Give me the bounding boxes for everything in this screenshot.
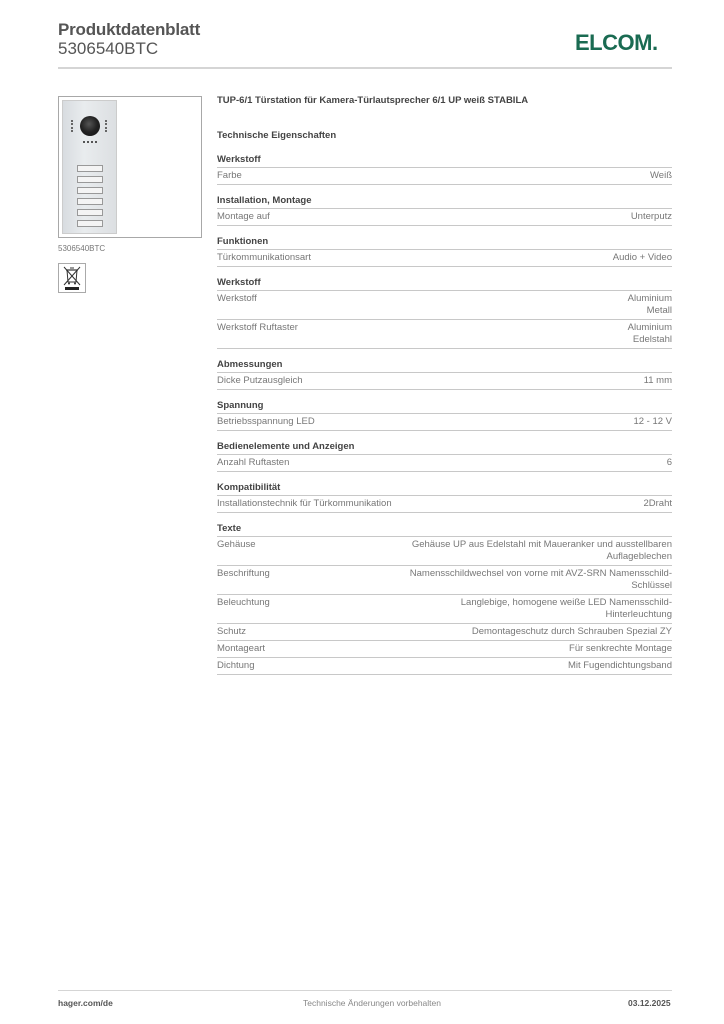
spec-row: BeschriftungNamensschildwechsel von vorn…	[217, 566, 672, 595]
spec-value: Unterputz	[631, 211, 672, 223]
spec-value: Mit Fugendichtungsband	[568, 660, 672, 672]
footer-date: 03.12.2025	[628, 998, 671, 1008]
document-title: Produktdatenblatt	[58, 20, 200, 40]
spec-row: TürkommunikationsartAudio + Video	[217, 250, 672, 267]
spec-group-title: Bedienelemente und Anzeigen	[217, 441, 672, 455]
call-button-icon	[77, 165, 103, 172]
spec-row: Montage aufUnterputz	[217, 209, 672, 226]
call-button-icon	[77, 209, 103, 216]
section-title: Technische Eigenschaften	[217, 130, 672, 154]
spec-group-title: Werkstoff	[217, 277, 672, 291]
spec-group-title: Abmessungen	[217, 359, 672, 373]
spec-row: MontageartFür senkrechte Montage	[217, 641, 672, 658]
spec-row: Dicke Putzausgleich11 mm	[217, 373, 672, 390]
call-button-icon	[77, 176, 103, 183]
spec-group-title: Kompatibilität	[217, 482, 672, 496]
footer-disclaimer: Technische Änderungen vorbehalten	[303, 998, 441, 1008]
spec-row: FarbeWeiß	[217, 168, 672, 185]
spec-group: FunktionenTürkommunikationsartAudio + Vi…	[217, 236, 672, 267]
spec-groups: WerkstoffFarbeWeißInstallation, MontageM…	[217, 154, 672, 675]
speaker-grille-icon	[105, 120, 113, 132]
spec-value: Namensschildwechsel von vorne mit AVZ-SR…	[410, 568, 672, 592]
article-number: 5306540BTC	[58, 39, 158, 59]
spec-group: TexteGehäuseGehäuse UP aus Edelstahl mit…	[217, 523, 672, 675]
spec-key: Dicke Putzausgleich	[217, 375, 303, 387]
spec-key: Montageart	[217, 643, 265, 655]
spec-group: Bedienelemente und AnzeigenAnzahl Ruftas…	[217, 441, 672, 472]
spec-group: AbmessungenDicke Putzausgleich11 mm	[217, 359, 672, 390]
spec-group-title: Installation, Montage	[217, 195, 672, 209]
product-image	[58, 96, 202, 238]
spec-group-title: Spannung	[217, 400, 672, 414]
spec-content: TUP-6/1 Türstation für Kamera-Türlautspr…	[217, 95, 672, 685]
spec-key: Dichtung	[217, 660, 255, 672]
spec-value: 6	[667, 457, 672, 469]
spec-value: Aluminium Metall	[628, 293, 672, 317]
spec-key: Montage auf	[217, 211, 270, 223]
spec-row: Betriebsspannung LED12 - 12 V	[217, 414, 672, 431]
spec-value: 12 - 12 V	[633, 416, 672, 428]
spec-value: 11 mm	[644, 375, 672, 387]
spec-row: Anzahl Ruftasten6	[217, 455, 672, 472]
spec-row: SchutzDemontageschutz durch Schrauben Sp…	[217, 624, 672, 641]
spec-value: Aluminium Edelstahl	[628, 322, 672, 346]
microphone-grille-icon	[83, 141, 97, 146]
product-title: TUP-6/1 Türstation für Kamera-Türlautspr…	[217, 95, 672, 113]
spec-row: DichtungMit Fugendichtungsband	[217, 658, 672, 675]
door-station-panel	[62, 100, 117, 234]
spec-key: Schutz	[217, 626, 246, 638]
spec-row: WerkstoffAluminium Metall	[217, 291, 672, 320]
call-button-icon	[77, 220, 103, 227]
camera-lens-icon	[80, 116, 100, 136]
spec-value: Demontageschutz durch Schrauben Spezial …	[472, 626, 672, 638]
footer-website-link[interactable]: hager.com/de	[58, 998, 113, 1008]
spec-key: Anzahl Ruftasten	[217, 457, 289, 469]
spec-key: Türkommunikationsart	[217, 252, 311, 264]
spec-key: Beschriftung	[217, 568, 270, 592]
spec-value: 2Draht	[643, 498, 672, 510]
spec-value: Gehäuse UP aus Edelstahl mit Maueranker …	[412, 539, 672, 563]
spec-group: Installation, MontageMontage aufUnterput…	[217, 195, 672, 226]
spec-row: BeleuchtungLanglebige, homogene weiße LE…	[217, 595, 672, 624]
call-button-icon	[77, 187, 103, 194]
image-caption: 5306540BTC	[58, 244, 105, 253]
spec-key: Werkstoff	[217, 293, 257, 317]
spec-value: Audio + Video	[613, 252, 672, 264]
spec-value: Für senkrechte Montage	[569, 643, 672, 655]
spec-group: WerkstoffFarbeWeiß	[217, 154, 672, 185]
spec-group: WerkstoffWerkstoffAluminium MetallWerkst…	[217, 277, 672, 349]
spec-key: Farbe	[217, 170, 242, 182]
spec-group-title: Texte	[217, 523, 672, 537]
spec-row: GehäuseGehäuse UP aus Edelstahl mit Maue…	[217, 537, 672, 566]
header-divider	[58, 67, 672, 69]
spec-key: Beleuchtung	[217, 597, 270, 621]
spec-group: KompatibilitätInstallationstechnik für T…	[217, 482, 672, 513]
brand-logo: ELCOM.	[575, 30, 658, 56]
speaker-grille-icon	[71, 120, 79, 132]
spec-key: Installationstechnik für Türkommunikatio…	[217, 498, 392, 510]
call-button-icon	[77, 198, 103, 205]
spec-row: Installationstechnik für Türkommunikatio…	[217, 496, 672, 513]
spec-row: Werkstoff RuftasterAluminium Edelstahl	[217, 320, 672, 349]
weee-crossed-bin-icon	[58, 263, 86, 293]
spec-value: Weiß	[650, 170, 672, 182]
footer-divider	[58, 990, 672, 991]
spec-group: SpannungBetriebsspannung LED12 - 12 V	[217, 400, 672, 431]
spec-key: Betriebsspannung LED	[217, 416, 315, 428]
spec-group-title: Funktionen	[217, 236, 672, 250]
spec-key: Gehäuse	[217, 539, 256, 563]
spec-value: Langlebige, homogene weiße LED Namenssch…	[461, 597, 672, 621]
spec-group-title: Werkstoff	[217, 154, 672, 168]
spec-key: Werkstoff Ruftaster	[217, 322, 298, 346]
